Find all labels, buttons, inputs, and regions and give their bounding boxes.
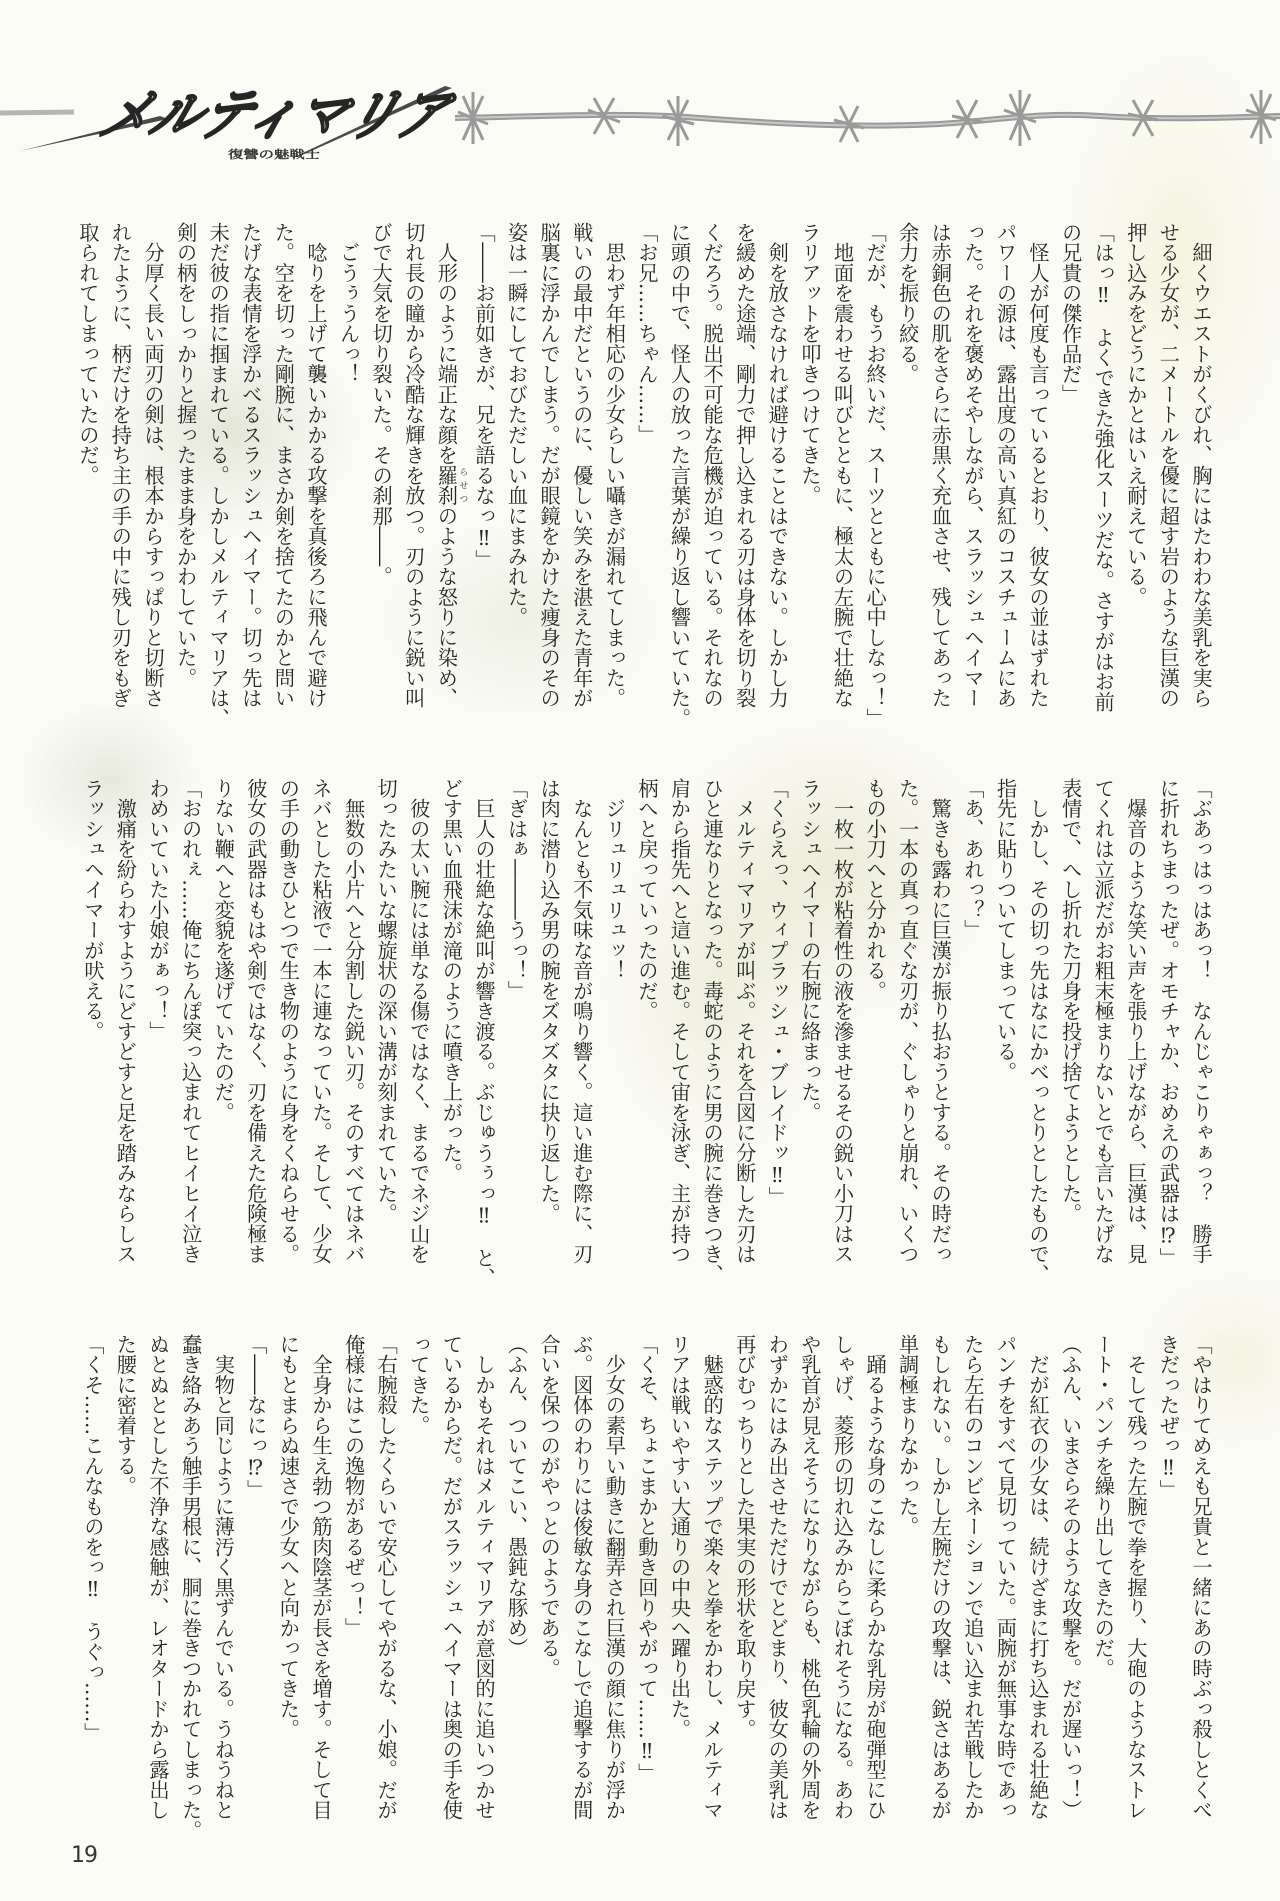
text-column: ラッシュヘイマーの右腕に絡まった。 — [793, 778, 826, 1264]
text-column: た。空を切った剛腕に、まさか剣を捨てたのかと問い — [267, 222, 300, 708]
text-column: 合いを保つのがやっとのようである。 — [533, 1334, 566, 1820]
ruby-annotation: 羅刹らせつ — [434, 465, 458, 506]
text-column: パワーの源は、露出度の高い真紅のコスチュームにあ — [989, 222, 1022, 708]
text-column: 俺様にはこの逸物があるぜっ！」 — [337, 1334, 370, 1820]
text-column: 姿は一瞬にしておびただしい血にまみれた。 — [500, 222, 533, 708]
text-column: 剣を放さなければ避けることはできない。しかし力 — [761, 222, 794, 708]
text-column: 巨人の壮絶な絶叫が響き渡る。ぶじゅうぅっ‼ と、 — [467, 778, 500, 1264]
text-column: 「右腕殺したくらいで安心してやがるな、小娘。だが — [370, 1334, 403, 1820]
ruby-reading: らせつ — [457, 465, 467, 506]
logo: メルティマリア 復讐の魅戦士 — [92, 82, 461, 161]
text-column: せる少女が、二メートルを優に超す岩のような巨漢の — [1152, 222, 1185, 708]
text-column: 踊るような身のこなしに柔らかな乳房が砲弾型にひ — [858, 1334, 891, 1820]
text-segment: のような怒りに染め、 — [434, 506, 458, 709]
text-column: 爆音のような笑い声を張り上げながら、巨漢は、見 — [1119, 778, 1152, 1264]
text-column: 実物と同じように薄汚く黒ずんでいる。うねうねと — [207, 1334, 240, 1820]
text-column: に頭の中で、怪人の放った言葉が繰り返し響いていた。 — [663, 222, 696, 708]
text-segment: 人形のように端正な顔を — [434, 222, 458, 465]
text-column: 分厚く長い両刃の剣は、根本からすっぱりと切断さ — [136, 222, 169, 708]
text-column: 激痛を紛らわすようにどすどすと足を踏みならしス — [109, 778, 142, 1264]
page-number: 19 — [71, 1843, 97, 1868]
text-column: 蠢き絡みあう触手男根に、胴に巻きつかれてしまった。 — [174, 1334, 207, 1820]
text-column: 肩から指先へと這い進む。そして宙を泳ぎ、主が持つ — [663, 778, 696, 1264]
text-column: どす黒い血飛沫が滝のように噴き上がった。 — [435, 778, 468, 1264]
text-column: びで大気を切り裂いた。その刹那――。 — [365, 222, 398, 708]
text-column: 「お兄……ちゃん……」 — [630, 222, 663, 708]
text-column: ネバとした粘液で一本に連なっていた。そして、少女 — [304, 778, 337, 1264]
text-column: 「だが、もうお終いだ、スーツとともに心中しなっ！」 — [858, 222, 891, 708]
text-column: れたように、柄だけを持ち主の手の中に残し刃をもぎ — [104, 222, 137, 708]
text-column: ているからだ。だがスラッシュヘイマーは奥の手を使 — [435, 1334, 468, 1820]
text-column: くだろう。脱出不可能な危機が迫っている。それなの — [696, 222, 729, 708]
text-column: わめいていた小娘がぁっ！」 — [141, 778, 174, 1264]
ruby-base: 羅刹 — [434, 465, 458, 506]
text-column: 「ぎはぁ―――うっ！」 — [500, 778, 533, 1264]
text-column: リアは戦いやすい大通りの中央へ躍り出た。 — [663, 1334, 696, 1820]
text-column: ラリアットを叩きつけてきた。 — [793, 222, 826, 708]
text-column: 彼女の武器はもはや剣ではなく、刃を備えた危険極ま — [239, 778, 272, 1264]
logo-title: メルティマリア — [92, 82, 461, 147]
text-column: の兄貴の傑作品だ」 — [1054, 222, 1087, 708]
text-column: 「おのれぇ……俺にちんぽ突っ込まれてヒイヒイ泣き — [174, 778, 207, 1264]
text-column: 少女の素早い動きに翻弄され巨漢の顔に焦りが浮か — [598, 1334, 631, 1820]
text-column: や乳首が見えそうになりながらも、桃色乳輪の外周を — [793, 1334, 826, 1820]
text-column: 「くそ……こんなものをっ‼ うぐっ……」 — [76, 1334, 109, 1820]
text-column: パンチをすべて見切っていた。両腕が無事な時であっ — [989, 1334, 1022, 1820]
text-column: しゃげ、菱形の切れ込みからこぼれそうになる。あわ — [826, 1334, 859, 1820]
text-column: 「あ、あれっ？」 — [956, 778, 989, 1264]
text-column: ごうぅうんっ！ — [332, 222, 365, 708]
header-banner: メルティマリア 復讐の魅戦士 — [0, 0, 1280, 200]
text-column: しかし、その切っ先はなにかべっとりとしたもので、 — [1021, 778, 1054, 1264]
text-column: ぶ。図体のわりには俊敏な身のこなしで追撃するが間 — [565, 1334, 598, 1820]
text-section-bottom: 「やはりてめえも兄貴と一緒にあの時ぶっ殺しとくべきだったぜっ‼」 そして残った左… — [76, 1334, 1217, 1820]
logo-subtitle: 復讐の魅戦士 — [228, 147, 320, 161]
text-section-top: 細くウエストがくびれ、胸にはたわわな美乳を実らせる少女が、二メートルを優に超す岩… — [76, 222, 1217, 708]
text-column: たげな表情を浮かべるスラッシュヘイマー。切っ先は — [234, 222, 267, 708]
text-column: を緩めた途端、剛力で押し込まれる刃は身体を切り裂 — [728, 222, 761, 708]
text-column: もしれない。しかし左腕だけの攻撃は、鋭さはあるが — [924, 1334, 957, 1820]
text-column: 唸りを上げて襲いかかる攻撃を真後ろに飛んで避け — [299, 222, 332, 708]
text-column: ぬとぬととした不浄な感触が、レオタードから露出し — [141, 1334, 174, 1820]
text-column: たら左右のコンビネーションで追い込まれ苦戦したか — [956, 1334, 989, 1820]
text-column: ート・パンチを繰り出してきたのだ。 — [1087, 1334, 1120, 1820]
text-column: 思わず年相応の少女らしい囁きが漏れてしまった。 — [598, 222, 631, 708]
text-column: に折れちまったぜ。オモチャか、おめえの武器は⁉」 — [1152, 778, 1185, 1264]
text-column: 剣の柄をしっかりと握ったまま身をかわしていた。 — [169, 222, 202, 708]
text-column: 脳裏に浮かんでしまう。だが眼鏡をかけた痩身のその — [533, 222, 566, 708]
text-column: 無数の小片へと分割した鋭い刃。そのすべてはネバ — [337, 778, 370, 1264]
text-column: ひと連なりとなった。毒蛇のように男の腕に巻きつき、 — [696, 778, 729, 1264]
text-column: 驚きも露わに巨漢が振り払おうとする。その時だっ — [924, 778, 957, 1264]
text-column: 「やはりてめえも兄貴と一緒にあの時ぶっ殺しとくべ — [1184, 1334, 1217, 1820]
text-column: なんとも不気味な音が鳴り響く。這い進む際に、刃 — [565, 778, 598, 1264]
text-column: きだったぜっ‼」 — [1152, 1334, 1185, 1820]
text-column: た。一本の真っ直ぐな刃が、ぐしゃりと崩れ、いくつ — [891, 778, 924, 1264]
text-column: 戦いの最中だというのに、優しい笑みを湛えた青年が — [565, 222, 598, 708]
text-column: 地面を震わせる叫びとともに、極太の左腕で壮絶な — [826, 222, 859, 708]
text-column: は肉に潜り込み男の腕をズタズタに抉り返した。 — [533, 778, 566, 1264]
text-column: の手の動きひとつで生き物のように身をくねらせる。 — [272, 778, 305, 1264]
text-column: 「ぶあっはっはあっ！ なんじゃこりゃぁっ？ 勝手 — [1184, 778, 1217, 1264]
text-column: わずかにはみ出させただけでとどまり、彼女の美乳は — [761, 1334, 794, 1820]
text-column: ってきた。 — [402, 1334, 435, 1820]
text-column: だが紅衣の少女は、続けざまに打ち込まれる壮絶な — [1021, 1334, 1054, 1820]
text-column: は赤銅色の肌をさらに赤黒く充血させ、残してあった — [924, 222, 957, 708]
text-column: 切れ長の瞳から冷酷な輝きを放つ。刃のように鋭い叫 — [397, 222, 430, 708]
text-section-middle: 「ぶあっはっはあっ！ なんじゃこりゃぁっ？ 勝手に折れちまったぜ。オモチャか、お… — [76, 778, 1217, 1264]
text-column: った。それを褒めそやしながら、スラッシュヘイマー — [956, 222, 989, 708]
text-column: 全身から生え勃つ筋肉陰茎が長さを増す。そして目 — [304, 1334, 337, 1820]
header-rule-line — [0, 112, 74, 113]
text-column: 取られてしまっていたのだ。 — [71, 222, 104, 708]
text-column: もの小刀へと分かれる。 — [858, 778, 891, 1264]
text-column: 一枚一枚が粘着性の液を滲ませるその鋭い小刀はス — [826, 778, 859, 1264]
text-column: 彼の太い腕には単なる傷ではなく、まるでネジ山を — [402, 778, 435, 1264]
text-column: 表情で、へし折れた刀身を投げ捨てようとした。 — [1054, 778, 1087, 1264]
text-column: 柄へと戻っていったのだ。 — [630, 778, 663, 1264]
text-column: そして残った左腕で拳を握り、大砲のようなストレ — [1119, 1334, 1152, 1820]
text-column: 切ったみたいな螺旋状の深い溝が刻まれていた。 — [370, 778, 403, 1264]
text-column: 「――なにっ⁉」 — [239, 1334, 272, 1820]
text-column: ラッシュヘイマーが吠える。 — [76, 778, 109, 1264]
text-column: しかもそれはメルティマリアが意図的に追いつかせ — [467, 1334, 500, 1820]
text-column: た腰に密着する。 — [109, 1334, 142, 1820]
text-column: 「くそ、ちょこまかと動き回りやがって……‼」 — [630, 1334, 663, 1820]
text-column: 再びむっちりとした果実の形状を取り戻す。 — [728, 1334, 761, 1820]
text-column: 「――お前如きが、兄を語るなっ‼」 — [467, 222, 500, 708]
text-column: 魅惑的なステップで楽々と拳をかわし、メルティマ — [696, 1334, 729, 1820]
text-column: りない鞭へと変貌を遂げていたのだ。 — [207, 778, 240, 1264]
text-column: 細くウエストがくびれ、胸にはたわわな美乳を実ら — [1184, 222, 1217, 708]
text-column: 人形のように端正な顔を羅刹らせつのような怒りに染め、 — [430, 222, 468, 708]
text-column: （ふん、ついてこい、愚鈍な豚め） — [500, 1334, 533, 1820]
text-column: 余力を振り絞る。 — [891, 222, 924, 708]
text-column: 指先に貼りついてしまっている。 — [989, 778, 1022, 1264]
text-column: てくれは立派だがお粗末極まりないとでも言いたげな — [1087, 778, 1120, 1264]
barbed-wire-decoration — [455, 90, 1280, 146]
text-column: （ふん、いまさらそのような攻撃を。だが遅いっ！） — [1054, 1334, 1087, 1820]
text-column: 未だ彼の指に掴まれている。しかしメルティマリアは、 — [202, 222, 235, 708]
text-column: 怪人が何度も言っているとおり、彼女の並はずれた — [1021, 222, 1054, 708]
text-column: 「くらえっ、ウィプラッシュ・ブレイドッ‼」 — [761, 778, 794, 1264]
text-column: にもとまらぬ速さで少女へと向かってきた。 — [272, 1334, 305, 1820]
text-column: 単調極まりなかった。 — [891, 1334, 924, 1820]
text-column: ジリュリュリュッ！ — [598, 778, 631, 1264]
text-column: 「はっ‼ よくできた強化スーツだな。さすがはお前 — [1087, 222, 1120, 708]
text-column: 押し込みをどうにかとはいえ耐えている。 — [1119, 222, 1152, 708]
text-column: メルティマリアが叫ぶ。それを合図に分断した刃は — [728, 778, 761, 1264]
